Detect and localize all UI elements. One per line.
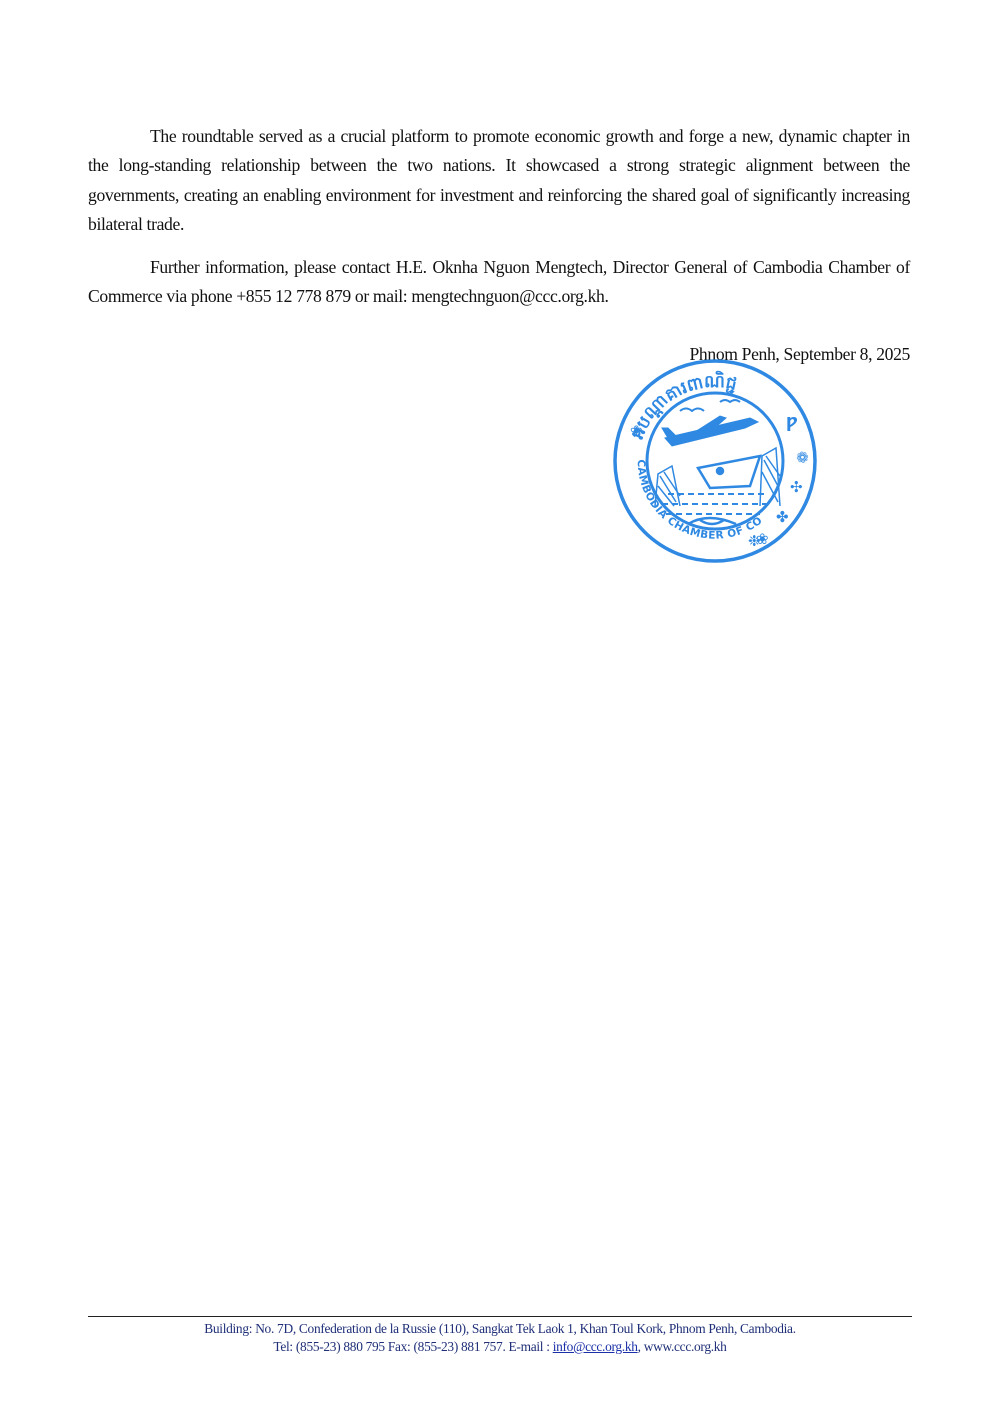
footer-phone-fax: Tel: (855-23) 880 795 Fax: (855-23) 881 … [273, 1339, 552, 1354]
footer-contact-line: Tel: (855-23) 880 795 Fax: (855-23) 881 … [88, 1338, 912, 1356]
svg-text:Ƿ: Ƿ [786, 414, 798, 432]
paragraph-roundtable-text: The roundtable served as a crucial platf… [88, 126, 910, 234]
svg-text:❀: ❀ [630, 422, 643, 440]
footer-email-link[interactable]: info@ccc.org.kh [553, 1339, 638, 1354]
footer-website[interactable]: www.ccc.org.kh [644, 1339, 727, 1354]
paragraph-roundtable: The roundtable served as a crucial platf… [88, 122, 910, 240]
paragraph-contact-info: Further information, please contact H.E.… [88, 253, 910, 312]
svg-text:✤: ✤ [776, 508, 789, 526]
svg-text:❁: ❁ [792, 450, 812, 466]
footer-divider [88, 1316, 912, 1317]
letterhead-footer: Building: No. 7D, Confederation de la Ru… [88, 1320, 912, 1356]
footer-address: Building: No. 7D, Confederation de la Ru… [88, 1320, 912, 1338]
document-page: The roundtable served as a crucial platf… [0, 0, 1000, 1414]
svg-text:✣: ✣ [790, 478, 803, 496]
paragraph-contact-text: Further information, please contact H.E.… [88, 257, 910, 306]
official-seal-icon: អបណ្តាគារពាណិជ្ជ CAMBODIA CHAMBER OF COM… [610, 356, 820, 566]
svg-text:❀: ❀ [756, 530, 769, 548]
